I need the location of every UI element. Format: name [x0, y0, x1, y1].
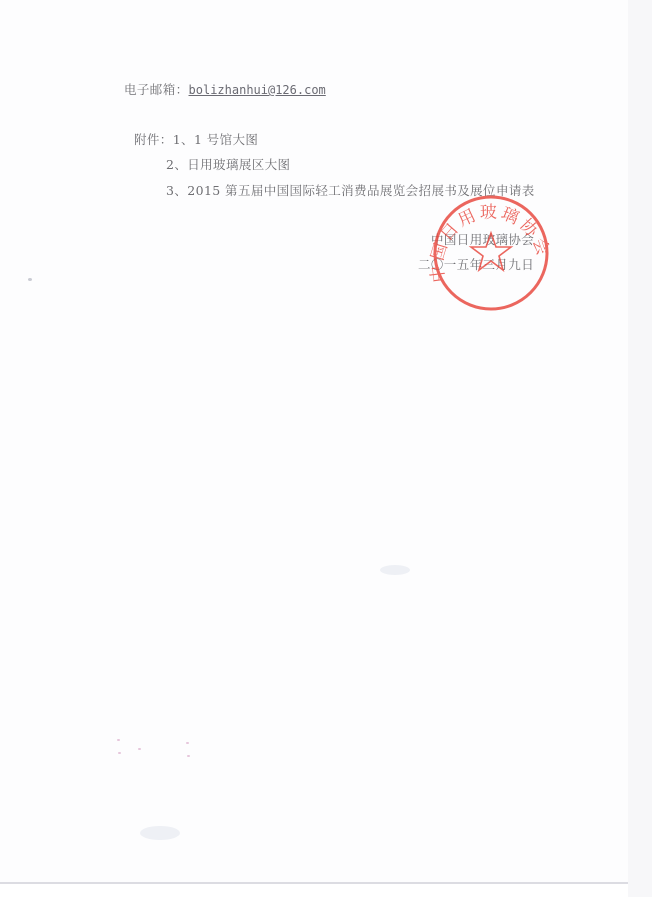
- attachment-label: 2、日用玻璃展区大图: [166, 157, 290, 172]
- scan-margin-right: [628, 0, 652, 897]
- email-link[interactable]: bolizhanhui@126.com: [189, 83, 326, 97]
- attachment-item-2: 2、日用玻璃展区大图: [166, 157, 290, 173]
- attachment-item-3: 3、2015 第五届中国国际轻工消费品展览会招展书及展位申请表: [166, 183, 535, 199]
- scan-smudge: [380, 565, 410, 575]
- attachment-label: 1、1 号馆大图: [173, 132, 259, 147]
- attachment-label: 3、2015 第五届中国国际轻工消费品展览会招展书及展位申请表: [166, 183, 535, 198]
- scan-speck: [187, 755, 190, 757]
- scan-edge-bottom: [0, 882, 628, 884]
- scan-smudge: [140, 826, 180, 840]
- scan-speck: [186, 742, 189, 744]
- scan-speck: [28, 278, 32, 281]
- email-label: 电子邮箱：: [124, 82, 189, 97]
- scan-speck: [138, 748, 141, 750]
- scan-speck: [118, 752, 121, 754]
- scanned-page: [0, 0, 628, 882]
- attachment-item-1: 附件：1、1 号馆大图: [134, 132, 258, 148]
- signature-date: 二〇一五年三月九日: [418, 257, 534, 273]
- attachments-heading: 附件：: [134, 132, 173, 147]
- signature-organization: 中国日用玻璃协会: [431, 232, 534, 248]
- scan-speck: [117, 739, 120, 741]
- contact-email-line: 电子邮箱：bolizhanhui@126.com: [124, 82, 326, 98]
